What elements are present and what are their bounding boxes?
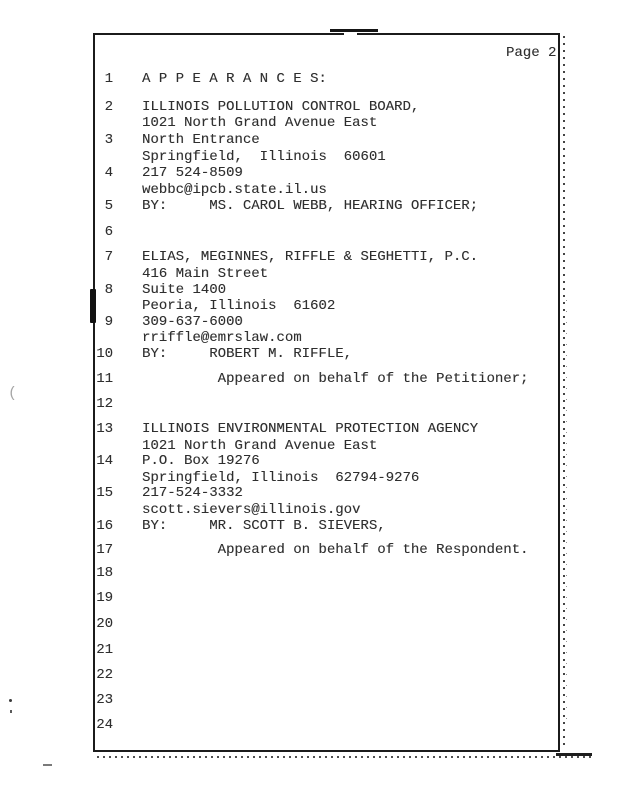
transcript-line: 15217-524-3332 xyxy=(0,486,618,501)
line-text: 416 Main Street xyxy=(142,267,268,282)
line-text: ILLINOIS ENVIRONMENTAL PROTECTION AGENCY xyxy=(142,422,478,437)
transcript-line: 11 Appeared on behalf of the Petitioner; xyxy=(0,372,618,387)
line-number: 16 xyxy=(94,519,113,534)
transcript-line: rriffle@emrslaw.com xyxy=(0,331,618,346)
line-number: 11 xyxy=(94,372,113,387)
line-number: 2 xyxy=(94,100,113,115)
transcript-line: webbc@ipcb.state.il.us xyxy=(0,183,618,198)
line-number: 3 xyxy=(94,133,113,148)
transcript-line: 23 xyxy=(0,693,618,708)
line-text: rriffle@emrslaw.com xyxy=(142,331,302,346)
transcript-line: 7ELIAS, MEGINNES, RIFFLE & SEGHETTI, P.C… xyxy=(0,250,618,265)
line-number: 18 xyxy=(94,566,113,581)
scanned-transcript-page: Page 2 1A P P E A R A N C E S:2ILLINOIS … xyxy=(0,0,618,800)
line-number: 17 xyxy=(94,543,113,558)
scan-artifact-right-dotted-line xyxy=(563,36,565,750)
transcript-line: 1021 North Grand Avenue East xyxy=(0,439,618,454)
scan-artifact-left-dot-2 xyxy=(10,710,12,713)
line-number: 21 xyxy=(94,643,113,658)
scan-artifact-bottom-dotted-line xyxy=(97,756,592,758)
line-text: BY: MR. SCOTT B. SIEVERS, xyxy=(142,519,386,534)
line-text: North Entrance xyxy=(142,133,260,148)
line-text: BY: MS. CAROL WEBB, HEARING OFFICER; xyxy=(142,199,478,214)
line-text: webbc@ipcb.state.il.us xyxy=(142,183,327,198)
line-text: BY: ROBERT M. RIFFLE, xyxy=(142,347,352,362)
line-number: 15 xyxy=(94,486,113,501)
line-text: 1021 North Grand Avenue East xyxy=(142,439,377,454)
line-number: 7 xyxy=(94,250,113,265)
transcript-line: 416 Main Street xyxy=(0,267,618,282)
transcript-line: 1021 North Grand Avenue East xyxy=(0,116,618,131)
transcript-line: scott.sievers@illinois.gov xyxy=(0,503,618,518)
transcript-line: 3North Entrance xyxy=(0,133,618,148)
scan-artifact-right-dotted-line-2 xyxy=(566,300,567,720)
scan-artifact-top-border-dash xyxy=(330,29,378,32)
scan-artifact-bottom-left-dash xyxy=(43,764,52,766)
line-text: 1021 North Grand Avenue East xyxy=(142,116,377,131)
transcript-line: 12 xyxy=(0,397,618,412)
line-number: 12 xyxy=(94,397,113,412)
transcript-line: 4217 524-8509 xyxy=(0,166,618,181)
transcript-line: 24 xyxy=(0,718,618,733)
transcript-line: 18 xyxy=(0,566,618,581)
transcript-line: 2ILLINOIS POLLUTION CONTROL BOARD, xyxy=(0,100,618,115)
scan-artifact-paren-mark: ( xyxy=(8,386,17,401)
line-number: 14 xyxy=(94,454,113,469)
line-text: ELIAS, MEGINNES, RIFFLE & SEGHETTI, P.C. xyxy=(142,250,478,265)
line-text: 217 524-8509 xyxy=(142,166,243,181)
transcript-line: 13ILLINOIS ENVIRONMENTAL PROTECTION AGEN… xyxy=(0,422,618,437)
scan-artifact-left-dot-1 xyxy=(9,699,12,702)
line-text: Suite 1400 xyxy=(142,283,226,298)
line-number: 22 xyxy=(94,668,113,683)
transcript-line: 22 xyxy=(0,668,618,683)
line-text: Peoria, Illinois 61602 xyxy=(142,299,335,314)
scan-artifact-top-border-gap xyxy=(344,33,357,35)
transcript-line: Springfield, Illinois 60601 xyxy=(0,150,618,165)
transcript-line: 21 xyxy=(0,643,618,658)
transcript-line: 19 xyxy=(0,591,618,606)
line-number: 19 xyxy=(94,591,113,606)
transcript-line: 1A P P E A R A N C E S: xyxy=(0,72,618,87)
line-number: 23 xyxy=(94,693,113,708)
line-text: scott.sievers@illinois.gov xyxy=(142,503,360,518)
scan-artifact-bottom-right-dash xyxy=(556,753,592,756)
scan-artifact-left-border-blob xyxy=(90,289,96,323)
transcript-line: 14P.O. Box 19276 xyxy=(0,454,618,469)
line-number: 6 xyxy=(94,225,113,240)
line-text: Springfield, Illinois 62794-9276 xyxy=(142,471,419,486)
line-number: 5 xyxy=(94,199,113,214)
transcript-line: 6 xyxy=(0,225,618,240)
transcript-line: 17 Appeared on behalf of the Respondent. xyxy=(0,543,618,558)
line-number: 1 xyxy=(94,72,113,87)
transcript-line: 16BY: MR. SCOTT B. SIEVERS, xyxy=(0,519,618,534)
line-number: 24 xyxy=(94,718,113,733)
line-number: 13 xyxy=(94,422,113,437)
line-number: 10 xyxy=(94,347,113,362)
transcript-line: 5BY: MS. CAROL WEBB, HEARING OFFICER; xyxy=(0,199,618,214)
line-text: Springfield, Illinois 60601 xyxy=(142,150,386,165)
line-number: 8 xyxy=(94,283,113,298)
transcript-line: Springfield, Illinois 62794-9276 xyxy=(0,471,618,486)
line-text: A P P E A R A N C E S: xyxy=(142,72,327,87)
line-text: 309-637-6000 xyxy=(142,315,243,330)
transcript-line: 10BY: ROBERT M. RIFFLE, xyxy=(0,347,618,362)
line-text: P.O. Box 19276 xyxy=(142,454,260,469)
line-number: 20 xyxy=(94,617,113,632)
page-number-label: Page 2 xyxy=(506,46,556,61)
line-text: Appeared on behalf of the Petitioner; xyxy=(142,372,528,387)
line-text: Appeared on behalf of the Respondent. xyxy=(142,543,528,558)
transcript-line: 20 xyxy=(0,617,618,632)
line-text: 217-524-3332 xyxy=(142,486,243,501)
line-text: ILLINOIS POLLUTION CONTROL BOARD, xyxy=(142,100,419,115)
line-number: 4 xyxy=(94,166,113,181)
line-number: 9 xyxy=(94,315,113,330)
